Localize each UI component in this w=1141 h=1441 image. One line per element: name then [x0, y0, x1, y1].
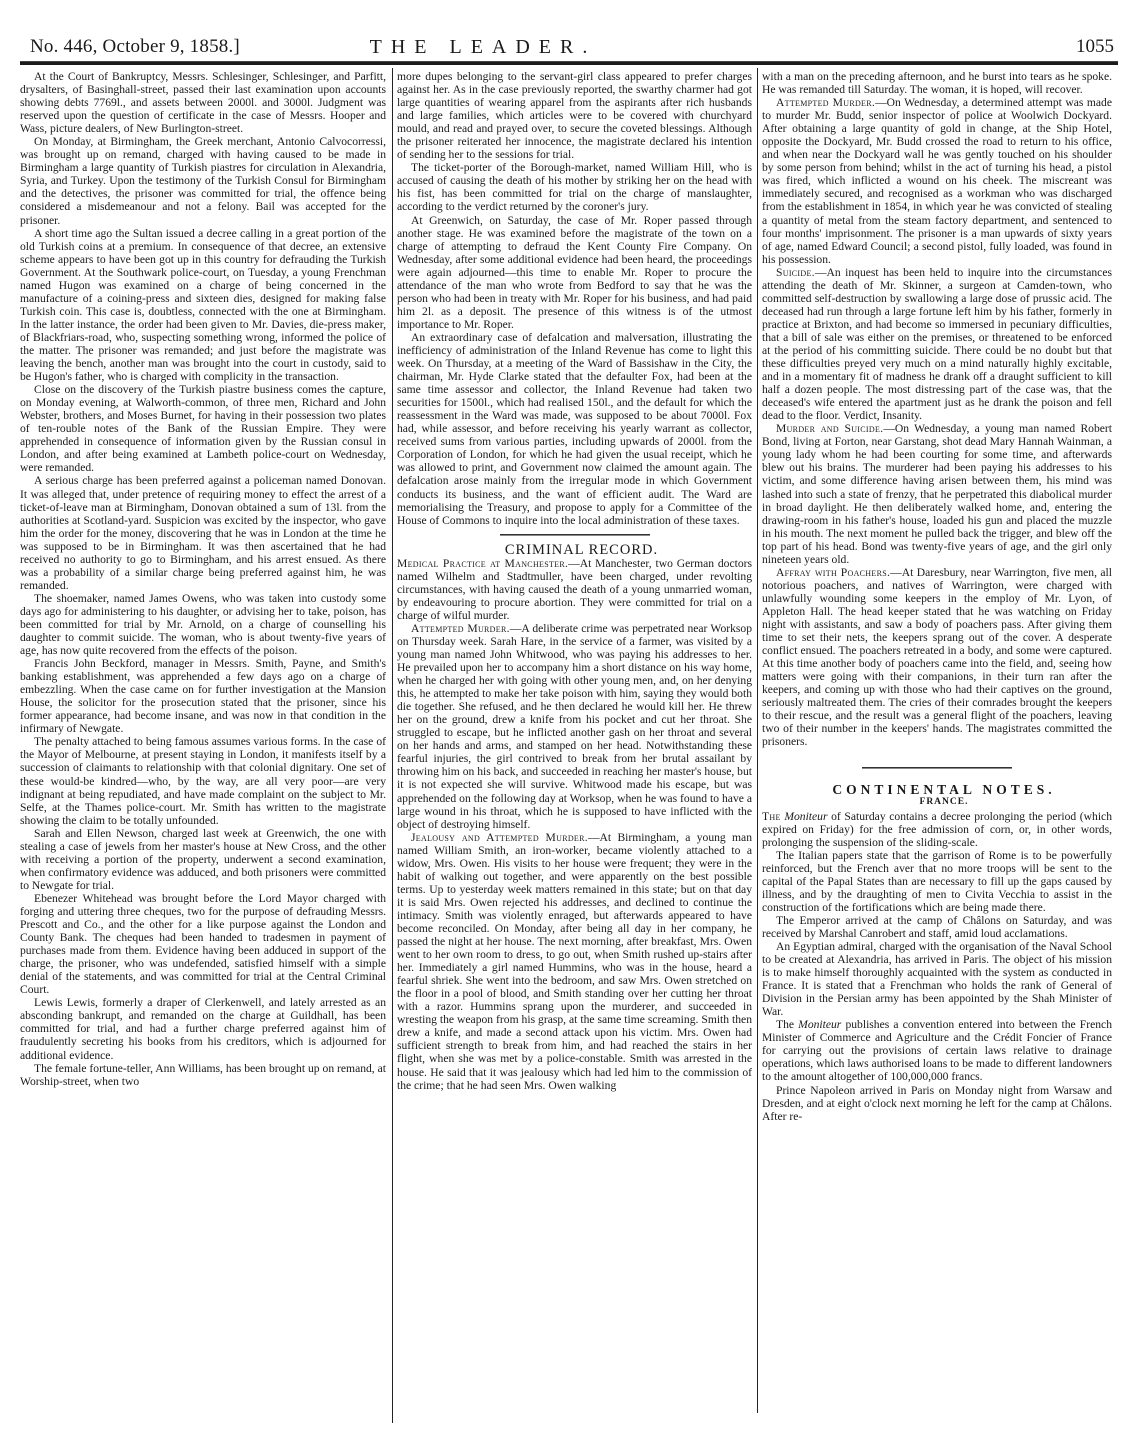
- column-divider: [757, 68, 758, 1413]
- section-title-criminal-record: CRIMINAL RECORD.: [397, 544, 752, 557]
- article-paragraph: Francis John Beckford, manager in Messrs…: [20, 657, 386, 735]
- france-paragraph: The Italian papers state that the garris…: [762, 849, 1112, 914]
- criminal-record-item: Jealousy and Attempted Murder.—At Birmin…: [397, 831, 752, 1092]
- section-rule: [500, 534, 650, 536]
- article-paragraph: Lewis Lewis, formerly a draper of Clerke…: [20, 996, 386, 1061]
- criminal-record-item: Suicide.—An inquest has been held to inq…: [762, 266, 1112, 423]
- criminal-record-item: Attempted Murder.—A deliberate crime was…: [397, 622, 752, 831]
- article-paragraph: On Monday, at Birmingham, the Greek merc…: [20, 135, 386, 226]
- article-paragraph: Close on the discovery of the Turkish pi…: [20, 383, 386, 474]
- france-paragraph: Prince Napoleon arrived in Paris on Mond…: [762, 1084, 1112, 1123]
- column-divider: [392, 68, 393, 1423]
- item-text: —At Daresbury, near Warrington, five men…: [762, 566, 1112, 749]
- criminal-record-item: Affray with Poachers.—At Daresbury, near…: [762, 566, 1112, 749]
- item-heading: Murder and Suicide.: [776, 422, 883, 435]
- article-paragraph: The ticket-porter of the Borough-market,…: [397, 161, 752, 213]
- item-text: —On Wednesday, a determined attempt was …: [762, 96, 1112, 266]
- criminal-record-item: Murder and Suicide.—On Wednesday, a youn…: [762, 422, 1112, 566]
- item-text: —A deliberate crime was perpetrated near…: [397, 622, 752, 831]
- france-paragraph: An Egyptian admiral, charged with the or…: [762, 940, 1112, 1018]
- column-1: At the Court of Bankruptcy, Messrs. Schl…: [20, 70, 386, 1088]
- page-number: 1055: [1076, 36, 1114, 58]
- item-heading: Jealousy and Attempted Murder.: [411, 831, 588, 844]
- newspaper-title: THE LEADER.: [233, 36, 733, 59]
- column-3: with a man on the preceding afternoon, a…: [762, 70, 1112, 1123]
- lead-word: The: [762, 810, 781, 823]
- masthead: No. 446, October 9, 1858.] THE LEADER. 1…: [28, 36, 1118, 62]
- article-paragraph: At the Court of Bankruptcy, Messrs. Schl…: [20, 70, 386, 135]
- article-paragraph: with a man on the preceding afternoon, a…: [762, 70, 1112, 96]
- article-paragraph: An extraordinary case of defalcation and…: [397, 331, 752, 527]
- masthead-rule: [20, 61, 1118, 65]
- item-heading: Suicide.: [776, 266, 815, 279]
- article-paragraph: The shoemaker, named James Owens, who wa…: [20, 592, 386, 657]
- item-heading: Attempted Murder.: [776, 96, 875, 109]
- france-paragraph: The Emperor arrived at the camp of Châlo…: [762, 914, 1112, 940]
- publication-name: Moniteur: [784, 810, 827, 823]
- issue-date: No. 446, October 9, 1858.]: [30, 36, 240, 58]
- criminal-record-item: Medical Practice at Manchester.—At Manch…: [397, 557, 752, 622]
- article-paragraph: The female fortune-teller, Ann Williams,…: [20, 1062, 386, 1088]
- subsection-france: FRANCE.: [762, 796, 1112, 809]
- criminal-record-item: Attempted Murder.—On Wednesday, a determ…: [762, 96, 1112, 266]
- item-heading: Affray with Poachers.: [776, 566, 890, 579]
- item-heading: Attempted Murder.: [411, 622, 510, 635]
- article-paragraph: A short time ago the Sultan issued a dec…: [20, 227, 386, 384]
- france-paragraph: The Moniteur of Saturday contains a decr…: [762, 810, 1112, 849]
- article-paragraph: Ebenezer Whitehead was brought before th…: [20, 892, 386, 996]
- section-rule: [862, 767, 1012, 769]
- article-paragraph: The penalty attached to being famous ass…: [20, 735, 386, 826]
- column-2: more dupes belonging to the servant-girl…: [397, 70, 752, 1092]
- lead-word: The: [776, 1018, 794, 1031]
- article-paragraph: more dupes belonging to the servant-girl…: [397, 70, 752, 161]
- article-paragraph: A serious charge has been preferred agai…: [20, 474, 386, 591]
- item-heading: Medical Practice at Manchester.: [397, 557, 568, 570]
- article-paragraph: At Greenwich, on Saturday, the case of M…: [397, 214, 752, 331]
- item-text: —An inquest has been held to inquire int…: [762, 266, 1112, 423]
- section-title-continental-notes: CONTINENTAL NOTES.: [762, 783, 1112, 796]
- publication-name: Moniteur: [798, 1018, 841, 1031]
- france-paragraph: The Moniteur publishes a convention ente…: [762, 1018, 1112, 1083]
- article-paragraph: Sarah and Ellen Newson, charged last wee…: [20, 827, 386, 892]
- item-text: —At Birmingham, a young man named Willia…: [397, 831, 752, 1092]
- item-text: —On Wednesday, a young man named Robert …: [762, 422, 1112, 565]
